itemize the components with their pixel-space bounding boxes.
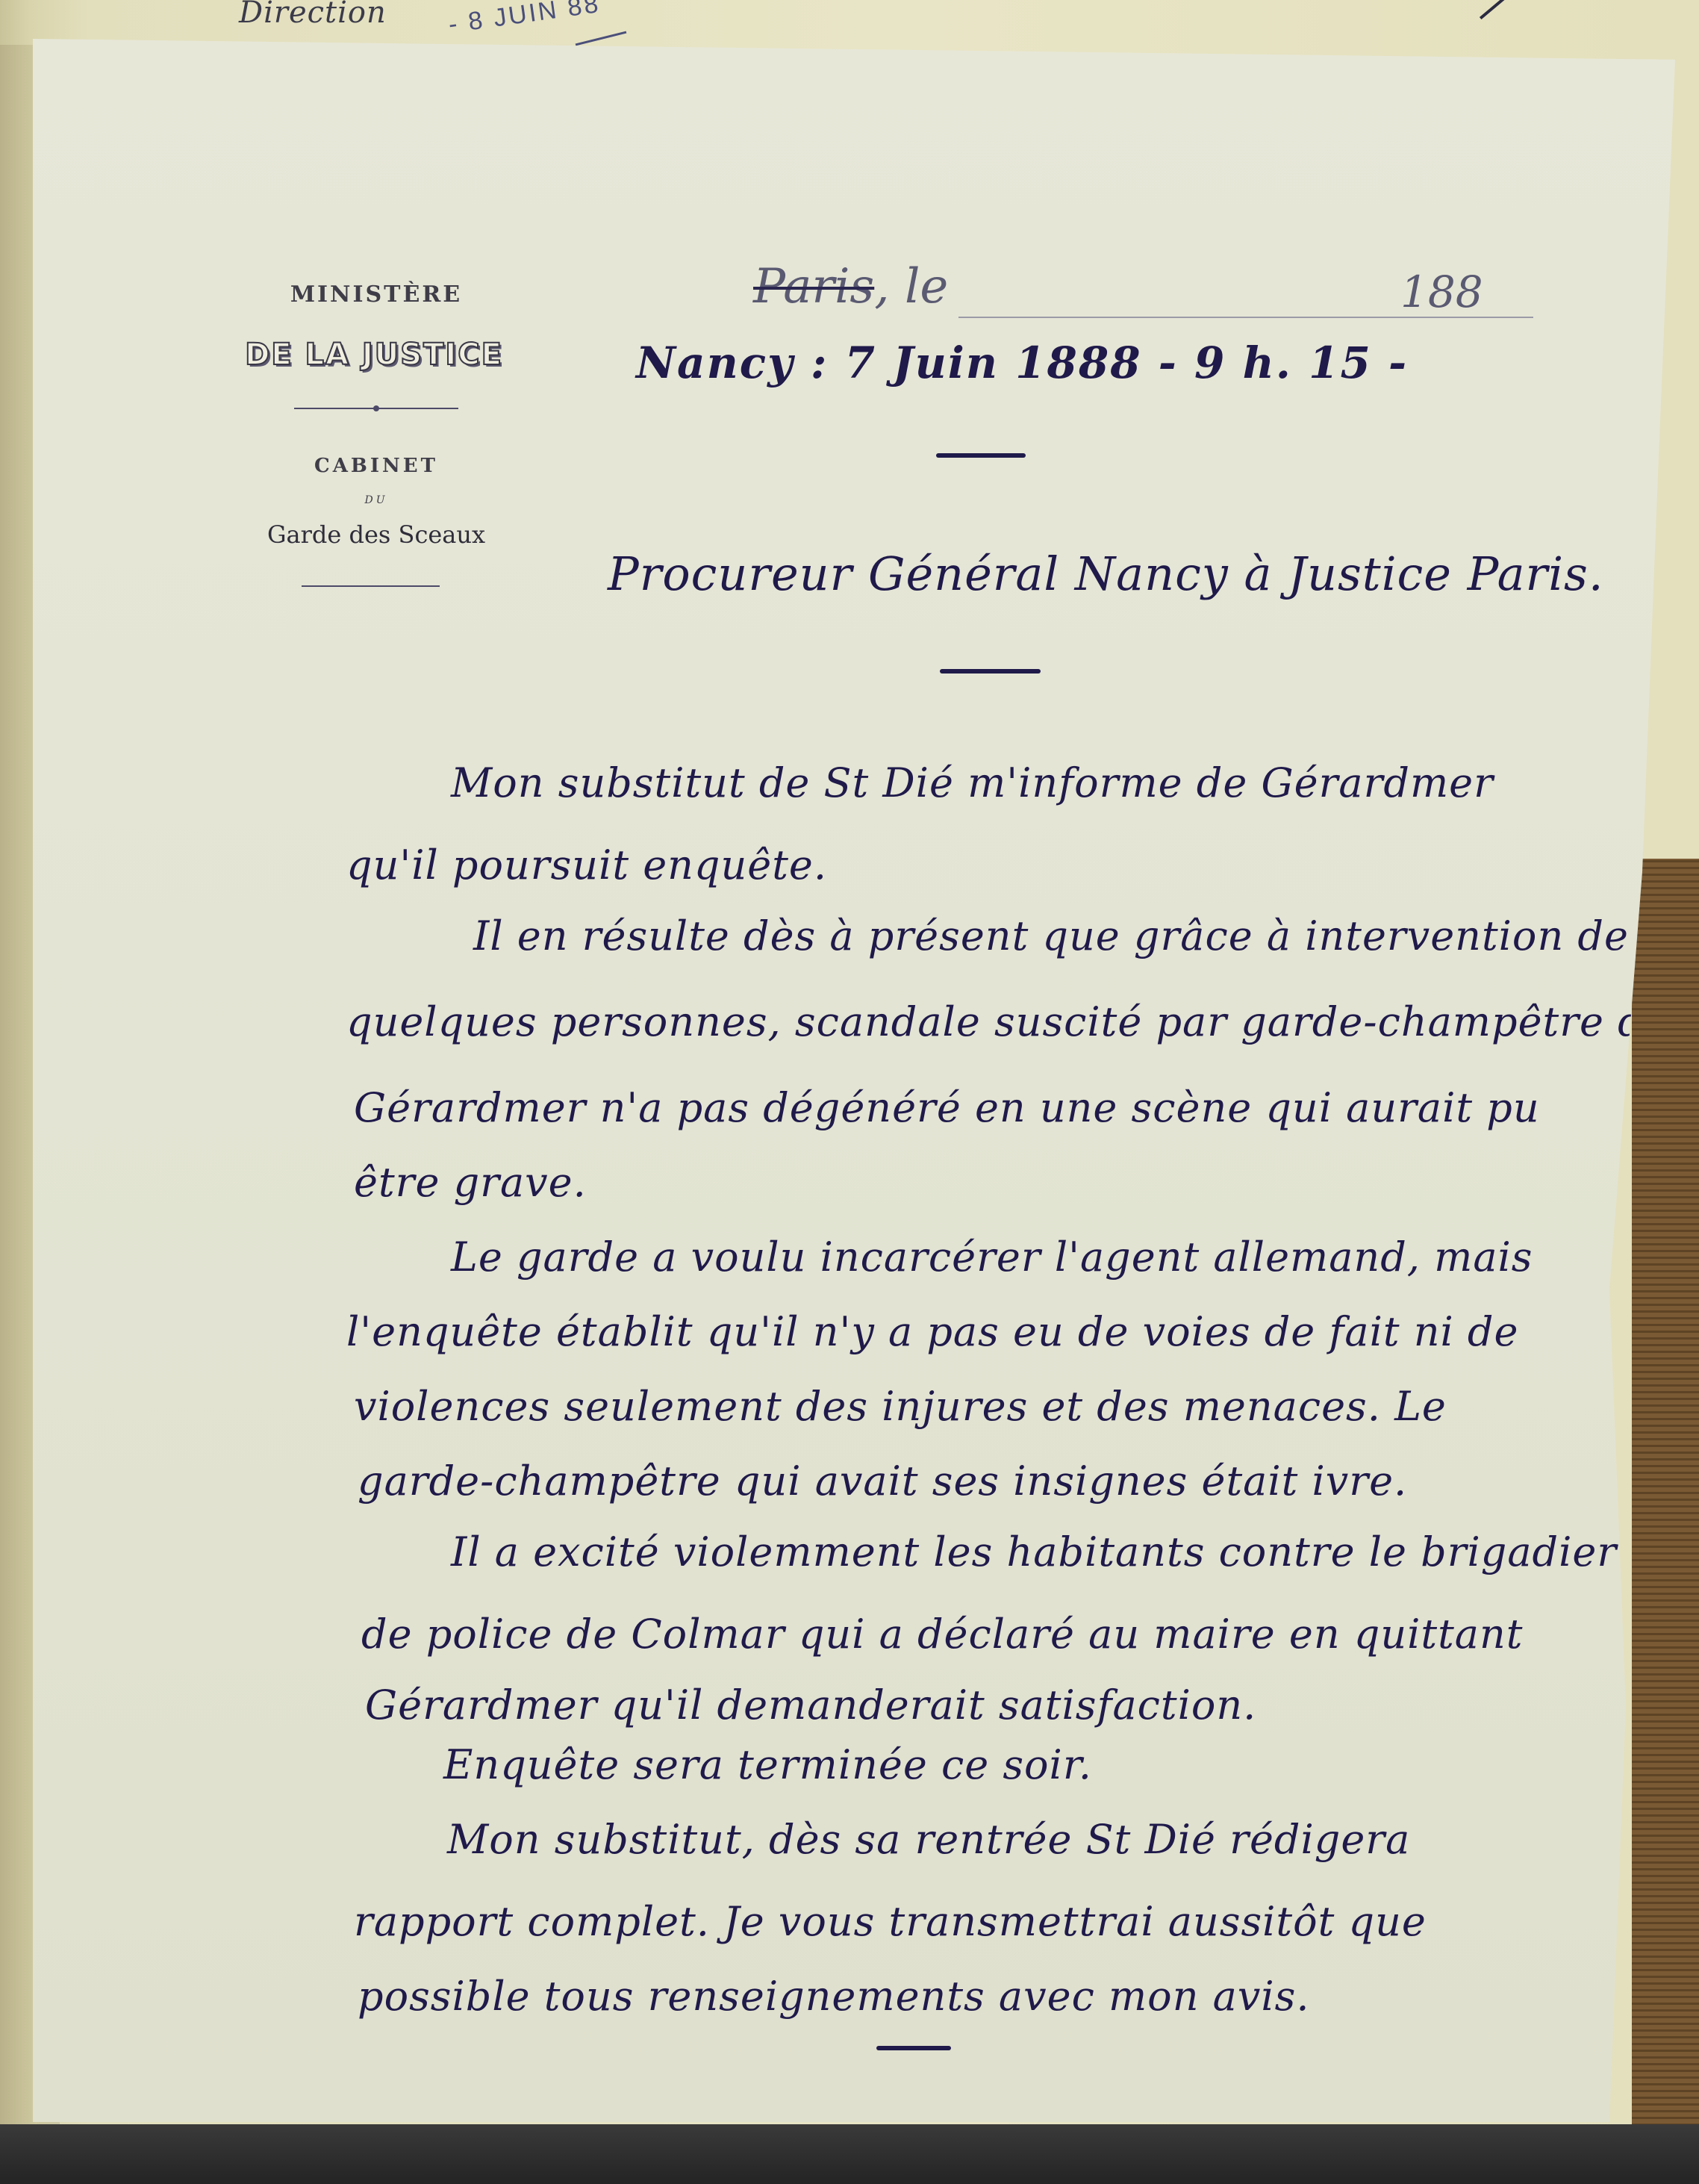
separator-dash (936, 453, 1026, 458)
letterhead-garde-des-sceaux: Garde des Sceaux (249, 520, 503, 549)
body-line: l'enquête établit qu'il n'y a pas eu de … (346, 1308, 1518, 1355)
address-line: Procureur Général Nancy à Justice Paris. (608, 547, 1604, 601)
body-line: Il a excité violemment les habitants con… (451, 1528, 1617, 1575)
letterhead-ornament-rule (294, 408, 458, 409)
body-line: être grave. (354, 1159, 587, 1206)
body-line: Le garde a voulu incarcérer l'agent alle… (451, 1233, 1533, 1281)
letterhead-ministere: MINISTÈRE (287, 281, 466, 308)
printed-place-line: Paris, le (753, 259, 948, 314)
letter-sheet: MINISTÈRE DE LA JUSTICE CABINET DU Garde… (33, 39, 1675, 2122)
separator-dash (940, 669, 1041, 673)
body-line: qu'il poursuit enquête. (346, 841, 827, 889)
body-line: Gérardmer n'a pas dégénéré en une scène … (354, 1084, 1540, 1131)
letterhead-cabinet: CABINET (287, 455, 466, 477)
struck-place-paris: Paris (753, 259, 874, 314)
letterhead-du: DU (287, 494, 466, 506)
closing-dash (876, 2046, 951, 2050)
letterhead-de-la-justice: DE LA JUSTICE (228, 337, 520, 372)
printed-year-prefix: 188 (1400, 267, 1483, 317)
bottom-shadow (0, 2124, 1699, 2184)
body-line: possible tous renseignements avec mon av… (358, 1973, 1309, 2020)
underlying-direction-header: Direction (239, 0, 387, 30)
body-line: Gérardmer qu'il demanderait satisfaction… (365, 1681, 1256, 1729)
printed-le: , le (874, 259, 948, 314)
body-line: Mon substitut de St Dié m'informe de Gér… (451, 759, 1494, 806)
body-line: rapport complet. Je vous transmettrai au… (354, 1898, 1427, 1945)
body-line: garde-champêtre qui avait ses insignes é… (358, 1457, 1407, 1505)
body-line: de police de Colmar qui a déclaré au mai… (361, 1611, 1523, 1658)
body-line: Il en résulte dès à présent que grâce à … (473, 912, 1629, 959)
body-line: Enquête sera terminée ce soir. (443, 1741, 1092, 1788)
telegram-origin-date-time: Nancy : 7 Juin 1888 - 9 h. 15 - (636, 337, 1408, 388)
body-line: violences seulement des injures et des m… (354, 1383, 1447, 1430)
letterhead-bottom-rule (302, 585, 440, 587)
wooden-table-surface (1632, 859, 1699, 2184)
body-line: Mon substitut, dès sa rentrée St Dié réd… (447, 1816, 1410, 1863)
body-line: quelques personnes, scandale suscité par… (346, 998, 1669, 1045)
